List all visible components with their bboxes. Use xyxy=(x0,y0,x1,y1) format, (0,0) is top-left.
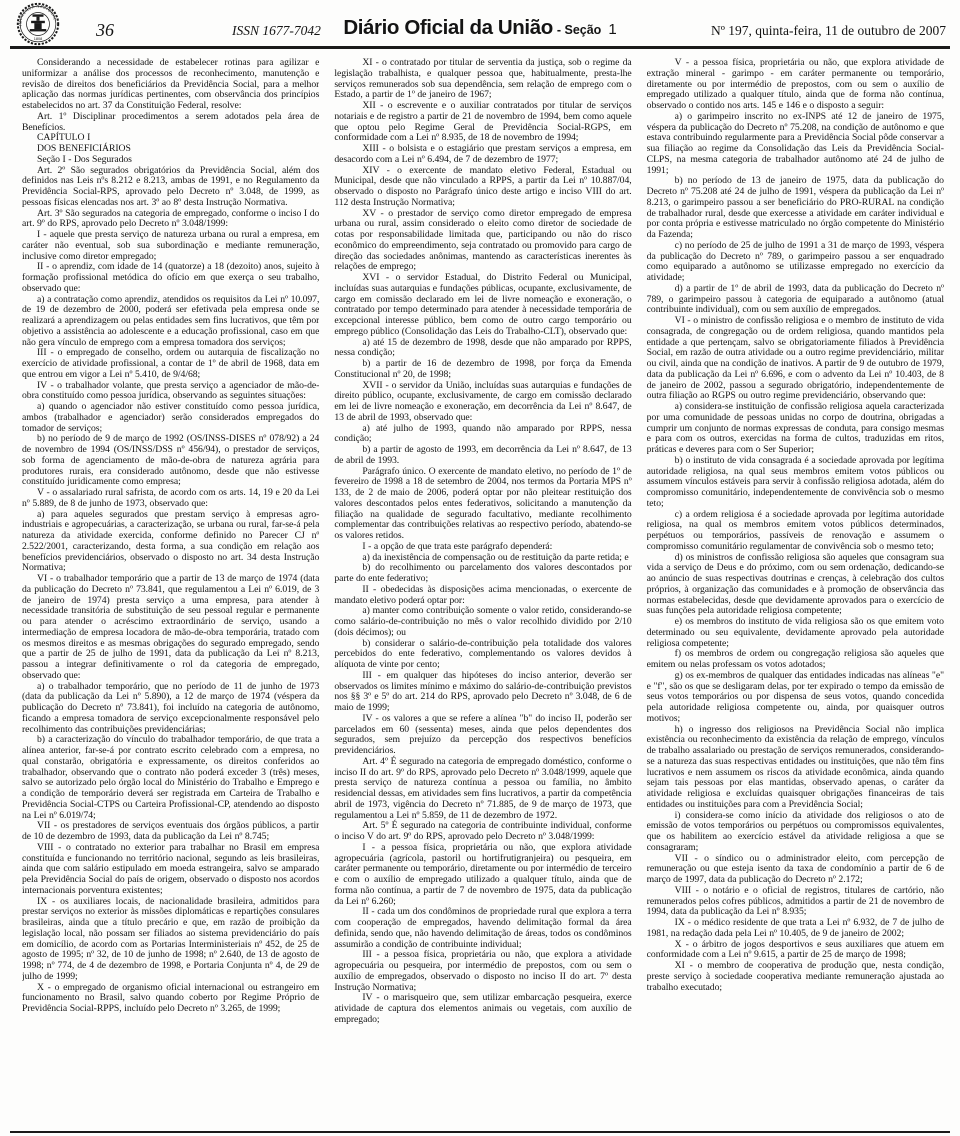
paragraph: III - a pessoa física, proprietária ou n… xyxy=(334,950,631,993)
paragraph: XI - o contratado por titular de servent… xyxy=(334,58,631,101)
paragraph: I - a opção de que trata este parágrafo … xyxy=(334,542,631,553)
paragraph: XIV - o exercente de mandato eletivo Fed… xyxy=(334,166,631,209)
text-column-2: XI - o contratado por titular de servent… xyxy=(334,58,631,1124)
paragraph: b) no período de 13 de janeiro de 1975, … xyxy=(647,176,944,241)
paragraph: XVI - o servidor Estadual, do Distrito F… xyxy=(334,273,631,338)
paragraph: I - a pessoa física, proprietária ou não… xyxy=(334,843,631,908)
paragraph: IV - os valores a que se refere a alínea… xyxy=(334,714,631,757)
paragraph: X - o árbitro de jogos desportivos e seu… xyxy=(647,940,944,962)
paragraph: II - o aprendiz, com idade de 14 (quator… xyxy=(22,262,319,294)
paragraph: b) a caracterização do vínculo do trabal… xyxy=(22,735,319,821)
paragraph: V - a pessoa física, proprietária ou não… xyxy=(647,58,944,112)
paragraph: VIII - o notário e o oficial de registro… xyxy=(647,886,944,918)
paragraph: VII - o síndico ou o administrador eleit… xyxy=(647,854,944,886)
paragraph: Art. 4º É segurado na categoria de empre… xyxy=(334,757,631,822)
paragraph: VIII - o contratado no exterior para tra… xyxy=(22,843,319,897)
paragraph: XI - o membro de cooperativa de produção… xyxy=(647,961,944,993)
paragraph: Art. 5º É segurado na categoria de contr… xyxy=(334,821,631,843)
paragraph: IX - os auxiliares locais, de nacionalid… xyxy=(22,897,319,983)
paragraph: VI - o ministro de confissão religiosa e… xyxy=(647,316,944,402)
paragraph: a) quando o agenciador não estiver const… xyxy=(22,402,319,434)
text-column-3: V - a pessoa física, proprietária ou não… xyxy=(647,58,944,1124)
paragraph: g) os ex-membros de qualquer das entidad… xyxy=(647,671,944,725)
paragraph: a) a contratação como aprendiz, atendido… xyxy=(22,295,319,349)
paragraph: XII - o escrevente e o auxiliar contrata… xyxy=(334,101,631,144)
paragraph: Considerando a necessidade de estabelece… xyxy=(22,58,319,112)
paragraph: a) até 15 de dezembro de 1998, desde que… xyxy=(334,338,631,360)
paragraph: c) a ordem religiosa é a sociedade aprov… xyxy=(647,510,944,553)
paragraph: b) no período de 9 de março de 1992 (OS/… xyxy=(22,434,319,488)
paragraph: d) a partir de 1º de abril de 1993, data… xyxy=(647,284,944,316)
edition-info: Nº 197, quinta-feira, 11 de outubro de 2… xyxy=(711,24,946,38)
paragraph: III - o empregado de conselho, ordem ou … xyxy=(22,348,319,380)
paragraph: X - o empregado de organismo oficial int… xyxy=(22,983,319,1015)
paragraph: II - cada um dos condôminos de proprieda… xyxy=(334,907,631,950)
masthead-section-number: 1 xyxy=(608,21,616,38)
paragraph: a) para aqueles segurados que prestam se… xyxy=(22,510,319,575)
paragraph: b) considerar o salário-de-contribuição … xyxy=(334,639,631,671)
paragraph: XIII - o bolsista e o estagiário que pre… xyxy=(334,144,631,166)
paragraph: e) os membros do instituto de vida relig… xyxy=(647,617,944,649)
paragraph: b) o instituto de vida consagrada é a so… xyxy=(647,456,944,510)
paragraph: Art. 3º São segurados na categoria de em… xyxy=(22,209,319,231)
page-header: IMPRENSA NACIONAL 1808 36 ISSN 1677-7042… xyxy=(10,0,950,49)
paragraph: a) manter como contribuição somente o va… xyxy=(334,606,631,638)
paragraph: b) a partir de agosto de 1993, em decorr… xyxy=(334,445,631,467)
paragraph: VI - o trabalhador temporário que a part… xyxy=(22,574,319,682)
paragraph: d) os ministros de confissão religiosa s… xyxy=(647,553,944,618)
paragraph: i) considera-se como início da atividade… xyxy=(647,811,944,854)
paragraph: b) do recolhimento ou parcelamento dos v… xyxy=(334,563,631,585)
paragraph: IV - o trabalhador volante, que presta s… xyxy=(22,381,319,403)
paragraph: VII - os prestadores de serviços eventua… xyxy=(22,821,319,843)
paragraph: IX - o médico residente de que trata a L… xyxy=(647,918,944,940)
paragraph: a) considera-se instituição de confissão… xyxy=(647,402,944,456)
paragraph: b) a partir de 16 de dezembro de 1998, p… xyxy=(334,359,631,381)
paragraph: XVII - o servidor da União, incluídas su… xyxy=(334,381,631,424)
paragraph: V - o assalariado rural safrista, de aco… xyxy=(22,488,319,510)
paragraph: II - obedecidas às disposições acima men… xyxy=(334,585,631,607)
paragraph: Parágrafo único. O exercente de mandato … xyxy=(334,467,631,542)
paragraph: c) no período de 25 de julho de 1991 a 3… xyxy=(647,241,944,284)
paragraph: a) o garimpeiro inscrito no ex-INPS até … xyxy=(647,112,944,177)
paragraph: Seção I - Dos Segurados xyxy=(22,155,319,166)
paragraph: XV - o prestador de serviço como diretor… xyxy=(334,209,631,274)
text-column-1: Considerando a necessidade de estabelece… xyxy=(22,58,319,1124)
paragraph: Art. 2º São segurados obrigatórios da Pr… xyxy=(22,166,319,209)
paragraph: IV - o marisqueiro que, sem utilizar emb… xyxy=(334,993,631,1025)
paragraph: f) os membros de ordem ou congregação re… xyxy=(647,649,944,671)
bottom-rule xyxy=(10,1131,950,1133)
paragraph: h) o ingresso dos religiosos na Previdên… xyxy=(647,725,944,811)
paragraph: III - em qualquer das hipóteses do incis… xyxy=(334,671,631,714)
paragraph: a) até julho de 1993, quando não amparad… xyxy=(334,424,631,446)
masthead-title: Diário Oficial da União xyxy=(343,16,553,39)
article-body: Considerando a necessidade de estabelece… xyxy=(0,49,960,1124)
paragraph: I - aquele que presta serviço de naturez… xyxy=(22,230,319,262)
paragraph: Art. 1º Disciplinar procedimentos a sere… xyxy=(22,112,319,134)
masthead-section-label: - Seção xyxy=(557,23,601,37)
paragraph: a) o trabalhador temporário, que no perí… xyxy=(22,682,319,736)
